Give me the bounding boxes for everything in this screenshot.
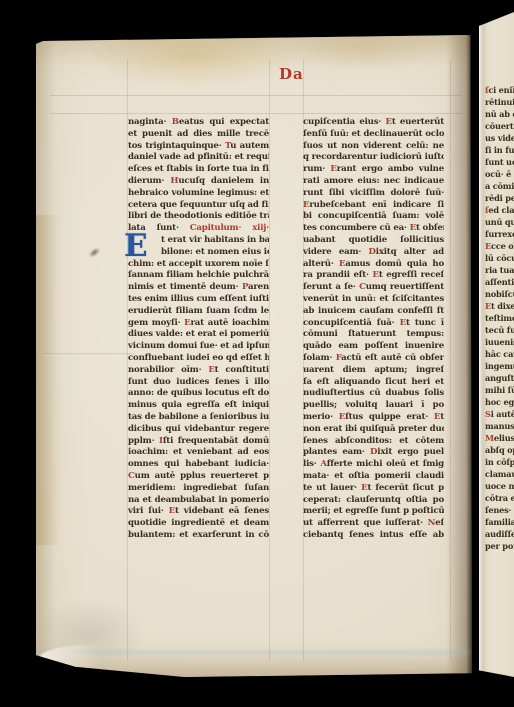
manuscript-line: nimis et timentē deum· Paren [128, 282, 269, 294]
manuscript-line: merio· Eſtus quippe erat· Et [303, 412, 444, 424]
manuscript-line: na et deambulabat in pomerio [128, 495, 269, 507]
manuscript-line: alterū· Eamus domū quia ho [303, 259, 444, 271]
facing-page-line: nobiſcū [485, 288, 514, 300]
facing-page-line: ſci eniī [485, 84, 514, 96]
facing-page-line: familia [485, 516, 514, 528]
manuscript-line: te ut lauer· Et fecerūt ſicut p [303, 483, 444, 495]
facing-page-line: rēdi pecc [485, 192, 514, 204]
facing-page-line: aſſentire [485, 276, 514, 288]
facing-page-line: cōtra eā [485, 492, 514, 504]
manuscript-line: et puenit ad dies mille trecē [128, 129, 269, 141]
facing-page-line: audiſſent [485, 528, 514, 540]
facing-page-line: ingemuit [485, 360, 514, 372]
manuscript-line: merii; et egreſſe ſunt p poſticū [303, 506, 444, 518]
facing-page-line: uoce mag [485, 480, 514, 492]
manuscript-line: ceperat: clauſeruntq oſtia po [303, 495, 444, 507]
facing-page-line: anguſtie [485, 372, 514, 384]
stain [78, 37, 308, 99]
manuscript-line: gem moyſi· Erat autē ioachim [128, 318, 269, 330]
manuscript-line: ut afferrent que iuſſerat· Neſ [303, 518, 444, 530]
ruling-line [50, 113, 462, 114]
manuscript-line: lis· Afferte michi oleū et ſmig [303, 459, 444, 471]
manuscript-line: eſces et ſtabis in ſorte tua in fine [128, 164, 269, 176]
text-column-left: naginta· Beatus qui expectatet puenit ad… [128, 117, 269, 542]
facing-page-text: ſci eniīrētinuitnū ab eocōuerti dus vide… [485, 84, 514, 552]
manuscript-line: ſa eſt aliquando ſicut heri et [303, 377, 444, 389]
manuscript-line: videre eam· Dixitq alter ad [303, 247, 444, 259]
manuscript-line: non erat ibi quiſquā preter duos [303, 424, 444, 436]
facing-page-line: rētinuit [485, 96, 514, 108]
manuscript-line: plantes eam· Dixit ergo puel [303, 447, 444, 459]
manuscript-line: naginta· Beatus qui expectat [128, 117, 269, 129]
manuscript-line: ioachim: et veniebant ad eos [128, 447, 269, 459]
manuscript-line: confluebant iudei eo qd eſſet ho [128, 353, 269, 365]
manuscript-line: viri ſui· Et videbant eā ſenes [128, 506, 269, 518]
ruling-line [269, 59, 270, 661]
facing-page-line: ſunt uolu [485, 156, 514, 168]
facing-page-line: Si autē n [485, 408, 514, 420]
facing-page-line: nū ab eo [485, 108, 514, 120]
manuscript-line: ſolam· Factū eſt autē cū obſer [303, 353, 444, 365]
facing-page-edge: ſci eniīrētinuitnū ab eocōuerti dus vide… [479, 10, 514, 677]
facing-page-line: per poſti [485, 540, 514, 552]
gutter-shadow [466, 0, 480, 707]
chapter-initial: E [124, 231, 158, 265]
facing-page-line: manus v [485, 420, 514, 432]
manuscript-line: ſuos ut non viderent celū: ne [303, 141, 444, 153]
manuscript-line: nudiuſtertius cū duabus ſolis [303, 388, 444, 400]
facing-page-line: lū cōcup [485, 252, 514, 264]
manuscript-line: minus quia egreſſa eſt iniqui [128, 400, 269, 412]
facing-page-line: ſed clam [485, 204, 514, 216]
page-corner-fold [39, 642, 132, 672]
manuscript-line: tas de babilone a ſenioribus iu [128, 412, 269, 424]
manuscript-line: libri de theodotionis editiōe trāſ [128, 211, 269, 223]
manuscript-line: tos trigintaquinque· Tu autem [128, 141, 269, 153]
text-column-right: cupiſcentia eius· Et euerterūtſenſū ſuū:… [303, 117, 444, 542]
manuscript-line: cupiſcentia eius· Et euerterūt [303, 117, 444, 129]
ink-smudge [87, 246, 102, 260]
ruling-line [450, 59, 451, 661]
manuscript-line: ſerunt a ſe· Cumq reuertiſſent [303, 282, 444, 294]
manuscript-line: cōmuni ſtatuerunt tempus: [303, 329, 444, 341]
manuscript-line: uabant quotidie ſollicitius [303, 235, 444, 247]
manuscript-line: ſannam filiam helchie pulchrā [128, 270, 269, 282]
photo-scene: Da naginta· Beatus qui expectatet puenit… [0, 0, 514, 707]
manuscript-line: uarent diem aptum; ingreſ [303, 365, 444, 377]
facing-page-line: abſq ope [485, 444, 514, 456]
manuscript-line: diues valde: et erat ei pomeriū [128, 329, 269, 341]
facing-page-line: ſurrexer [485, 228, 514, 240]
facing-page-line: clamauit [485, 468, 514, 480]
manuscript-line: mata· et oſtia pomerii claudi [303, 471, 444, 483]
manuscript-line: runt ſibi viciſſim dolorē ſuū· [303, 188, 444, 200]
manuscript-line: puellis; voluitq lauari ī po [303, 400, 444, 412]
stain [36, 215, 66, 545]
facing-page-line: teſtimon [485, 312, 514, 324]
manuscript-line: ſenes abſconditos: et cōtem [303, 436, 444, 448]
facing-page-line: unū quo [485, 216, 514, 228]
manuscript-line: ſunt duo iudices ſenes ī illo [128, 377, 269, 389]
facing-page-line: iuuenis [485, 336, 514, 348]
facing-page-line: ocū· ē d l [485, 168, 514, 180]
manuscript-line: norabilior oīm· Et conſtituti [128, 365, 269, 377]
facing-page-line: ria tua· [485, 264, 514, 276]
manuscript-line: q recordarentur iudiciorū iuſto [303, 152, 444, 164]
manuscript-line: Cum autē pplus reuerteret p [128, 471, 269, 483]
manuscript-line: bulantem: et exarſerunt in cō [128, 530, 269, 542]
facing-page-line: cōuerti d [485, 120, 514, 132]
manuscript-line: rati amore eius: nec indicaue [303, 176, 444, 188]
running-header: Da [279, 65, 304, 83]
manuscript-line: dierum· Hucuſq danielem in [128, 176, 269, 188]
manuscript-line: meridiem: ingrediebat ſuſan [128, 483, 269, 495]
facing-page-line: Ecce oīa [485, 240, 514, 252]
manuscript-line: quādo eam poſſent inuenire [303, 341, 444, 353]
facing-page-line: Melius ē [485, 432, 514, 444]
manuscript-line: Erubeſcebant enī indicare ſi [303, 200, 444, 212]
manuscript-line: dicibus qui videbantur regere [128, 424, 269, 436]
manuscript-line: anno: de quibus locutus eſt do [128, 388, 269, 400]
facing-page-line: ſenes· Cu [485, 504, 514, 516]
manuscript-page: Da naginta· Beatus qui expectatet puenit… [36, 35, 472, 677]
manuscript-line: erudierūt filiam ſuam ſcdm le [128, 306, 269, 318]
parchment-crease [44, 353, 134, 356]
facing-page-line: ſi in fumū [485, 144, 514, 156]
facing-page-line: tecū fuiſ [485, 324, 514, 336]
facing-page-line: in cōſpec [485, 456, 514, 468]
manuscript-line: cetera que ſequuntur uſq ad finē [128, 200, 269, 212]
facing-page-line: mihi ſūt [485, 384, 514, 396]
manuscript-line: ab inuicem cauſam confeſſi ſt [303, 306, 444, 318]
ruling-line [50, 95, 462, 96]
manuscript-line: venerūt in unū: et ſciſcitantes [303, 294, 444, 306]
facing-page-line: Et dixer [485, 300, 514, 312]
fore-edge-highlight [479, 10, 483, 677]
manuscript-line: concupiſcentiā ſuā· Et tunc ī [303, 318, 444, 330]
manuscript-line: tes concumbere cū ea· Et obſer [303, 223, 444, 235]
manuscript-line: daniel vade ad pfinitū: et requi [128, 152, 269, 164]
manuscript-line: pplm· Iſti frequentabāt domū [128, 436, 269, 448]
facing-page-line: hoc egero [485, 396, 514, 408]
manuscript-line: omnes qui habebant iudicia· [128, 459, 269, 471]
manuscript-line: hebraico volumine legimus: et [128, 188, 269, 200]
manuscript-line: bi concupiſcentiā ſuam: volē [303, 211, 444, 223]
manuscript-line: rum· Erant ergo ambo vulne [303, 164, 444, 176]
manuscript-line: quotidie ingredientē et deam [128, 518, 269, 530]
manuscript-line: ra prandii eſt· Et egreſſi receſ [303, 270, 444, 282]
facing-page-line: hāc cauſ [485, 348, 514, 360]
facing-page-line: a cōmiſſ [485, 180, 514, 192]
facing-page-line: us vider: [485, 132, 514, 144]
manuscript-line: ciebantq ſenes intus eſſe ab [303, 530, 444, 542]
manuscript-line: tes enim illius cum eſſent iuſti [128, 294, 269, 306]
manuscript-line: ſenſū ſuū: et declinauerūt oclos [303, 129, 444, 141]
manuscript-line: vicinum domui ſue· et ad ipſum [128, 341, 269, 353]
